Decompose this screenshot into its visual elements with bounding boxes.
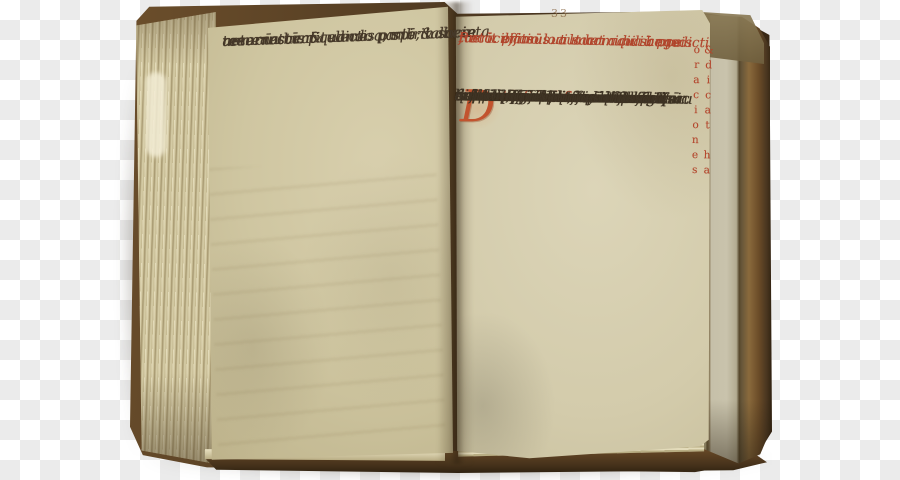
rubric-line: tratū. primū. ut lauet aqua benedicti (458, 26, 709, 56)
gutter-shadow (437, 2, 473, 464)
show-through-text-ghost (208, 160, 446, 448)
left-page (203, 4, 453, 462)
page-number: 33 (551, 7, 569, 20)
manuscript-line: mereantur. p̄ (222, 30, 317, 53)
right-page (452, 10, 710, 460)
vertical-margin-note: &dicat ha oraciones (686, 44, 715, 306)
manuscript-line: solidum p̄fectumq; quassare. (455, 86, 672, 110)
transparent-image-canvas: 33 resurrectum quandoq; spiritalia in ae… (0, 0, 900, 480)
page-edge-highlight (146, 72, 166, 157)
